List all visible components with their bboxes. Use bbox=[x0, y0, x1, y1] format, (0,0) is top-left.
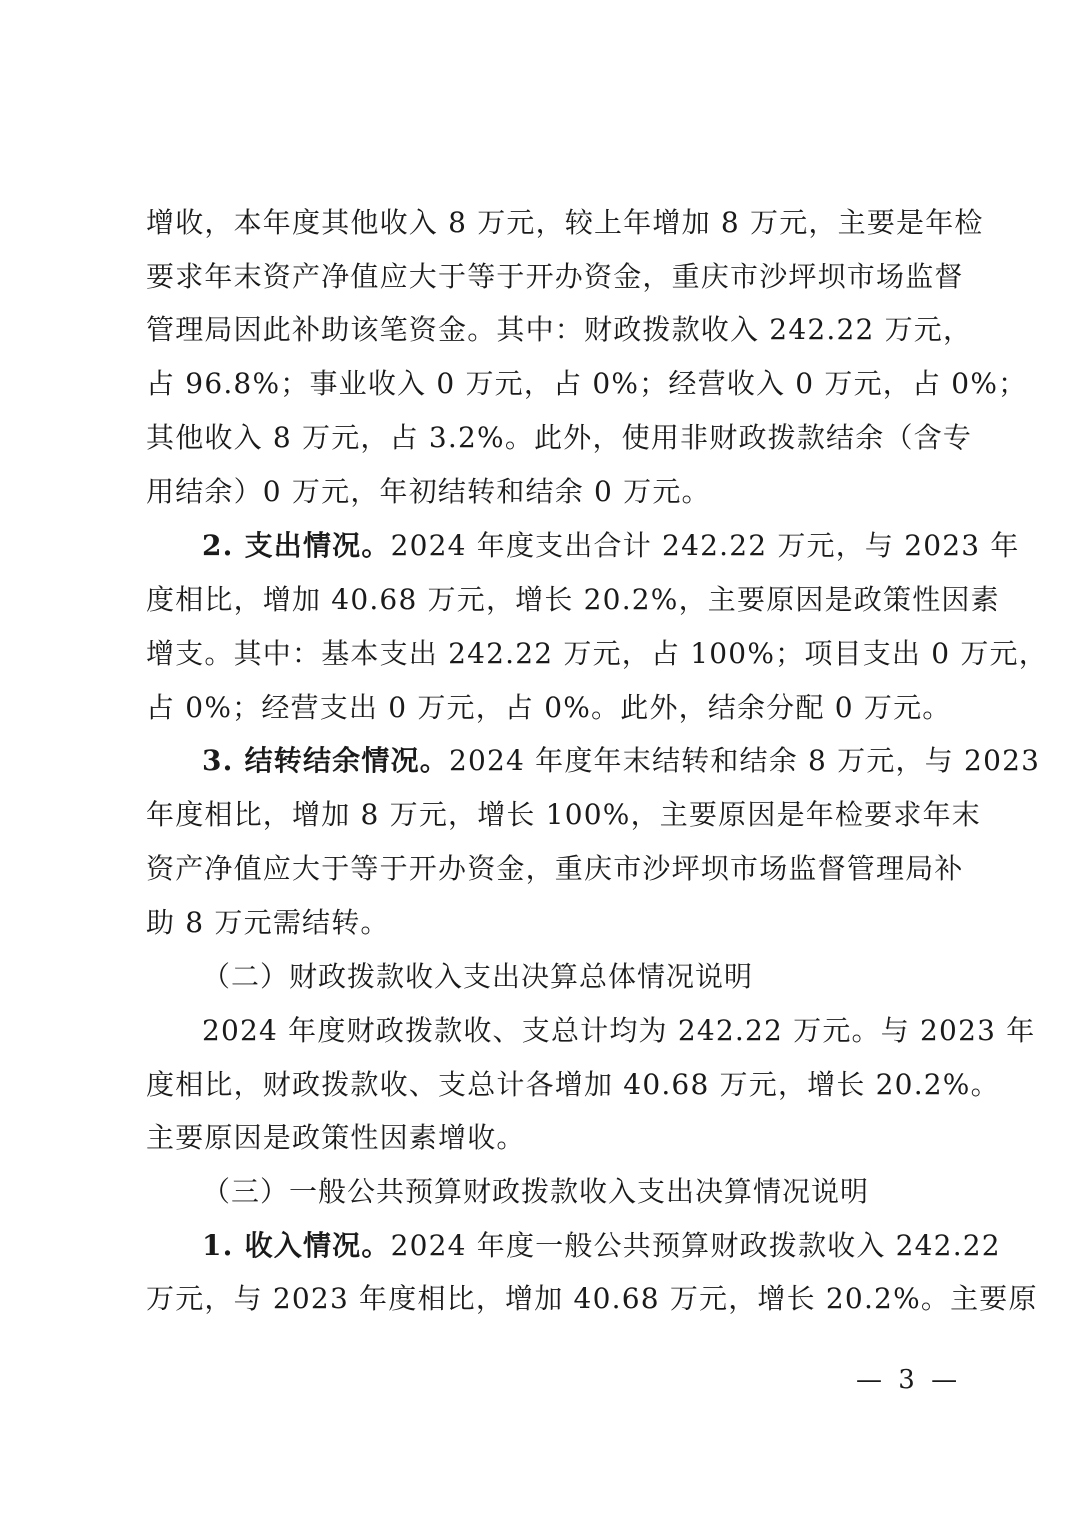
gpb-income-text: 2024 年度一般公共预算财政拨款收入 242.22 bbox=[391, 1229, 1001, 1262]
paragraph-line: 主要原因是政策性因素增收。 bbox=[146, 1118, 941, 1158]
paragraph-line: 增收，本年度其他收入 8 万元，较上年增加 8 万元，主要是年检 bbox=[146, 203, 941, 243]
paragraph-line: 2024 年度财政拨款收、支总计均为 242.22 万元。与 2023 年 bbox=[202, 1011, 941, 1051]
paragraph-line: 万元，与 2023 年度相比，增加 40.68 万元，增长 20.2%。主要原 bbox=[146, 1279, 941, 1319]
paragraph-line: 占 96.8%；事业收入 0 万元，占 0%；经营收入 0 万元，占 0%； bbox=[146, 364, 941, 404]
page-number: — 3 — bbox=[856, 1363, 961, 1397]
document-page: 增收，本年度其他收入 8 万元，较上年增加 8 万元，主要是年检 要求年末资产净… bbox=[0, 0, 1075, 1520]
paragraph-line: 管理局因此补助该笔资金。其中：财政拨款收入 242.22 万元， bbox=[146, 310, 941, 350]
paragraph-line: 要求年末资产净值应大于等于开办资金，重庆市沙坪坝市场监督 bbox=[146, 257, 941, 297]
carryover-text: 2024 年度年末结转和结余 8 万元，与 2023 bbox=[449, 744, 1040, 777]
paragraph-line: 助 8 万元需结转。 bbox=[146, 903, 941, 943]
carryover-first-line: 3. 结转结余情况。2024 年度年末结转和结余 8 万元，与 2023 bbox=[202, 741, 941, 781]
paragraph-line: 占 0%；经营支出 0 万元，占 0%。此外，结余分配 0 万元。 bbox=[146, 688, 941, 728]
paragraph-line: 度相比，财政拨款收、支总计各增加 40.68 万元，增长 20.2%。 bbox=[146, 1065, 941, 1105]
expenditure-first-line: 2. 支出情况。2024 年度支出合计 242.22 万元，与 2023 年 bbox=[202, 526, 941, 566]
paragraph-line: 用结余）0 万元，年初结转和结余 0 万元。 bbox=[146, 472, 941, 512]
paragraph-line: 年度相比，增加 8 万元，增长 100%，主要原因是年检要求年末 bbox=[146, 795, 941, 835]
section-heading-3: （三）一般公共预算财政拨款收入支出决算情况说明 bbox=[202, 1172, 869, 1212]
expenditure-text: 2024 年度支出合计 242.22 万元，与 2023 年 bbox=[391, 529, 1020, 562]
gpb-income-first-line: 1. 收入情况。2024 年度一般公共预算财政拨款收入 242.22 bbox=[202, 1226, 941, 1266]
expenditure-title: 2. 支出情况。 bbox=[202, 529, 391, 562]
gpb-income-title: 1. 收入情况。 bbox=[202, 1229, 391, 1262]
paragraph-line: 增支。其中：基本支出 242.22 万元，占 100%；项目支出 0 万元， bbox=[146, 634, 941, 674]
section-heading-2: （二）财政拨款收入支出决算总体情况说明 bbox=[202, 957, 753, 997]
paragraph-line: 度相比，增加 40.68 万元，增长 20.2%，主要原因是政策性因素 bbox=[146, 580, 941, 620]
paragraph-line: 资产净值应大于等于开办资金，重庆市沙坪坝市场监督管理局补 bbox=[146, 849, 941, 889]
carryover-title: 3. 结转结余情况。 bbox=[202, 744, 449, 777]
paragraph-line: 其他收入 8 万元，占 3.2%。此外，使用非财政拨款结余（含专 bbox=[146, 418, 941, 458]
